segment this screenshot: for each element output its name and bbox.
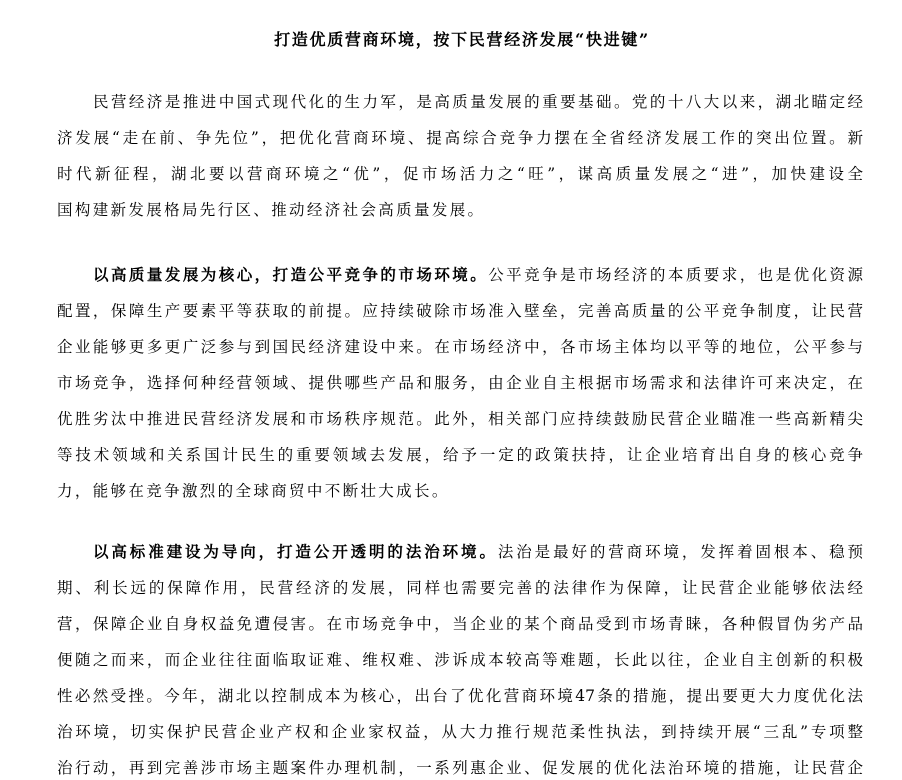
paragraph-line: 治行动，再到完善涉市场主题案件办理机制，一系列惠企业、促发展的优化法治环境的措施… bbox=[57, 750, 863, 780]
paragraph-line: 力，能够在竞争激烈的全球商贸中不断壮大成长。 bbox=[57, 473, 863, 509]
paragraph-line: 等技术领域和关系国计民生的重要领域去发展，给予一定的政策扶持，让企业培育出自身的… bbox=[57, 437, 863, 473]
line-text: 优胜劣汰中推进民营经济发展和市场秩序规范。此外，相关部门应持续鼓励民营企业瞄准一… bbox=[57, 410, 863, 428]
paragraph-line: 市场竞争，选择何种经营领域、提供哪些产品和服务，由企业自主根据市场需求和法律许可… bbox=[57, 365, 863, 401]
paragraph-line: 民营经济是推进中国式现代化的生力军，是高质量发展的重要基础。党的十八大以来，湖北… bbox=[57, 84, 863, 120]
line-text: 治行动，再到完善涉市场主题案件办理机制，一系列惠企业、促发展的优化法治环境的措施… bbox=[57, 759, 863, 777]
line-text: 企业能够更多更广泛参与到国民经济建设中来。在市场经济中，各市场主体均以平等的地位… bbox=[57, 338, 863, 356]
line-text: 力，能够在竞争激烈的全球商贸中不断壮大成长。 bbox=[57, 482, 450, 500]
line-text: 公平竞争是市场经济的本质要求，也是优化资源 bbox=[488, 266, 863, 284]
paragraph-line: 治环境，切实保护民营企业产权和企业家权益，从大力推行规范柔性执法，到持续开展“三… bbox=[57, 714, 863, 750]
line-text: 便随之而来，而企业往往面临取证难、维权难、涉诉成本较高等难题，长此以往，企业自主… bbox=[57, 651, 863, 669]
paragraph-line: 营，保障企业自身权益免遭侵害。在市场竞争中，当企业的某个商品受到市场青睐，各种假… bbox=[57, 606, 863, 642]
paragraph-line: 济发展“走在前、争先位”，把优化营商环境、提高综合竞争力摆在全省经济发展工作的突… bbox=[57, 120, 863, 156]
line-text: 配置，保障生产要素平等获取的前提。应持续破除市场准入壁垒，完善高质量的公平竞争制… bbox=[57, 302, 863, 320]
document-page: 打造优质营商环境，按下民营经济发展“快进键” 民营经济是推进中国式现代化的生力军… bbox=[0, 0, 902, 780]
paragraph-line: 优胜劣汰中推进民营经济发展和市场秩序规范。此外，相关部门应持续鼓励民营企业瞄准一… bbox=[57, 401, 863, 437]
article-title: 打造优质营商环境，按下民营经济发展“快进键” bbox=[0, 27, 902, 53]
paragraph-intro: 民营经济是推进中国式现代化的生力军，是高质量发展的重要基础。党的十八大以来，湖北… bbox=[57, 84, 863, 228]
line-text: 期、利长远的保障作用，民营经济的发展，同样也需要完善的法律作为保障，让民营企业能… bbox=[57, 579, 863, 597]
section-heading-bold: 以高标准建设为导向，打造公开透明的法治环境。 bbox=[93, 542, 498, 561]
section-heading-bold: 以高质量发展为核心，打造公平竞争的市场环境。 bbox=[93, 265, 488, 284]
line-text: 性必然受挫。今年，湖北以控制成本为核心，出台了优化营商环境47条的措施，提出要更… bbox=[57, 687, 863, 705]
paragraph-rule-of-law: 以高标准建设为导向，打造公开透明的法治环境。法治是最好的营商环境，发挥着固根本、… bbox=[57, 534, 863, 780]
line-text: 济发展“走在前、争先位”，把优化营商环境、提高综合竞争力摆在全省经济发展工作的突… bbox=[57, 129, 863, 147]
paragraph-line: 配置，保障生产要素平等获取的前提。应持续破除市场准入壁垒，完善高质量的公平竞争制… bbox=[57, 293, 863, 329]
paragraph-line: 性必然受挫。今年，湖北以控制成本为核心，出台了优化营商环境47条的措施，提出要更… bbox=[57, 678, 863, 714]
paragraph-fair-competition: 以高质量发展为核心，打造公平竞争的市场环境。公平竞争是市场经济的本质要求，也是优… bbox=[57, 257, 863, 509]
line-text: 治环境，切实保护民营企业产权和企业家权益，从大力推行规范柔性执法，到持续开展“三… bbox=[57, 723, 863, 741]
line-text: 时代新征程，湖北要以营商环境之“优”，促市场活力之“旺”，谋高质量发展之“进”，… bbox=[57, 165, 863, 183]
paragraph-line: 便随之而来，而企业往往面临取证难、维权难、涉诉成本较高等难题，长此以往，企业自主… bbox=[57, 642, 863, 678]
paragraph-line: 企业能够更多更广泛参与到国民经济建设中来。在市场经济中，各市场主体均以平等的地位… bbox=[57, 329, 863, 365]
paragraph-line: 时代新征程，湖北要以营商环境之“优”，促市场活力之“旺”，谋高质量发展之“进”，… bbox=[57, 156, 863, 192]
line-text: 国构建新发展格局先行区、推动经济社会高质量发展。 bbox=[57, 201, 485, 219]
paragraph-line: 期、利长远的保障作用，民营经济的发展，同样也需要完善的法律作为保障，让民营企业能… bbox=[57, 570, 863, 606]
line-text: 市场竞争，选择何种经营领域、提供哪些产品和服务，由企业自主根据市场需求和法律许可… bbox=[57, 374, 863, 392]
paragraph-line: 以高质量发展为核心，打造公平竞争的市场环境。公平竞争是市场经济的本质要求，也是优… bbox=[57, 257, 863, 293]
paragraph-line: 国构建新发展格局先行区、推动经济社会高质量发展。 bbox=[57, 192, 863, 228]
line-text: 法治是最好的营商环境，发挥着固根本、稳预 bbox=[498, 543, 863, 561]
paragraph-line: 以高标准建设为导向，打造公开透明的法治环境。法治是最好的营商环境，发挥着固根本、… bbox=[57, 534, 863, 570]
line-text: 营，保障企业自身权益免遭侵害。在市场竞争中，当企业的某个商品受到市场青睐，各种假… bbox=[57, 615, 863, 633]
line-text: 等技术领域和关系国计民生的重要领域去发展，给予一定的政策扶持，让企业培育出自身的… bbox=[57, 446, 863, 464]
line-text: 民营经济是推进中国式现代化的生力军，是高质量发展的重要基础。党的十八大以来，湖北… bbox=[93, 93, 863, 111]
